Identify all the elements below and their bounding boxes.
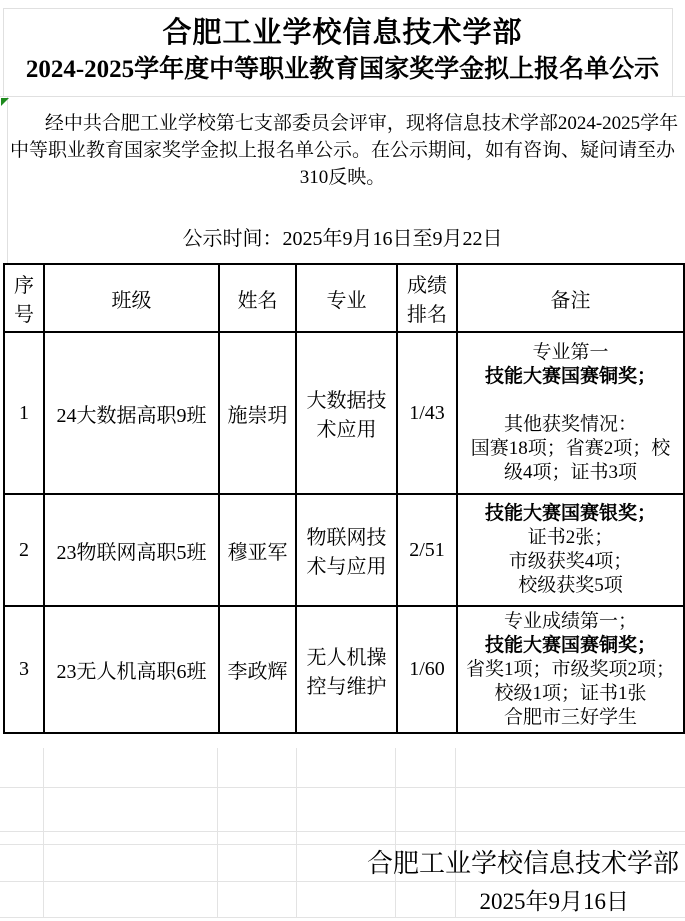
header-remarks: 备注 [457, 264, 684, 332]
header-major: 专业 [296, 264, 397, 332]
scholarship-table: 序号 班级 姓名 专业 成绩排名 备注 1 24大数据高职9班 施崇玥 大数据技… [3, 263, 685, 734]
class-cell: 24大数据高职9班 [44, 332, 219, 494]
table-header-row: 序号 班级 姓名 专业 成绩排名 备注 [4, 264, 684, 332]
publicity-period: 公示时间：2025年9月16日至9月22日 [4, 222, 681, 251]
name-cell: 李政辉 [219, 606, 296, 733]
remark-cell: 专业成绩第一； 技能大赛国赛铜奖； 省奖1项；市级奖项2项；校级1项；证书1张 … [457, 606, 684, 733]
footer-date: 2025年9月16日 [480, 888, 630, 916]
major-cell: 物联网技术与应用 [296, 494, 397, 606]
table-row: 2 23物联网高职5班 穆亚军 物联网技术与应用 2/51 技能大赛国赛银奖； … [4, 494, 684, 606]
rank-cell: 1/60 [397, 606, 457, 733]
header-name: 姓名 [219, 264, 296, 332]
remark-line: 技能大赛国赛银奖； [464, 502, 677, 526]
remark-line: 技能大赛国赛铜奖； [464, 634, 677, 658]
intro-section: 经中共合肥工业学校第七支部委员会评审，现将信息技术学部2024-2025学年中等… [4, 97, 681, 251]
serial-cell: 2 [4, 494, 44, 606]
header-class: 班级 [44, 264, 219, 332]
remark-line [464, 389, 677, 413]
header-rank: 成绩排名 [397, 264, 457, 332]
empty-row [0, 788, 685, 832]
empty-row [0, 832, 685, 845]
header-serial: 序号 [4, 264, 44, 332]
remark-cell: 技能大赛国赛银奖； 证书2张； 市级获奖4项； 校级获奖5项 [457, 494, 684, 606]
remark-cell: 专业第一 技能大赛国赛铜奖； 其他获奖情况： 国赛18项；省赛2项；校级4项；证… [457, 332, 684, 494]
remark-line: 专业第一 [464, 341, 677, 365]
remark-line: 省奖1项；市级奖项2项；校级1项；证书1张 [464, 658, 677, 706]
remark-line: 市级获奖4项； [464, 550, 677, 574]
footer-signature: 合肥工业学校信息技术学部 [367, 849, 679, 879]
name-cell: 穆亚军 [219, 494, 296, 606]
major-cell: 无人机操控与维护 [296, 606, 397, 733]
remark-line: 合肥市三好学生 [464, 706, 677, 730]
rank-cell: 1/43 [397, 332, 457, 494]
remark-line: 证书2张； [464, 526, 677, 550]
title-block: 合肥工业学校信息技术学部 2024-2025学年度中等职业教育国家奖学金拟上报名… [0, 8, 685, 86]
table-row: 3 23无人机高职6班 李政辉 无人机操控与维护 1/60 专业成绩第一； 技能… [4, 606, 684, 733]
spreadsheet-document: 合肥工业学校信息技术学部 2024-2025学年度中等职业教育国家奖学金拟上报名… [0, 0, 685, 921]
remark-line: 国赛18项；省赛2项；校级4项；证书3项 [464, 437, 677, 485]
remark-line: 专业成绩第一； [464, 610, 677, 634]
rank-cell: 2/51 [397, 494, 457, 606]
document-title: 合肥工业学校信息技术学部 [0, 13, 685, 53]
remark-line: 其他获奖情况： [464, 413, 677, 437]
document-subtitle: 2024-2025学年度中等职业教育国家奖学金拟上报名单公示 [0, 53, 685, 86]
class-cell: 23物联网高职5班 [44, 494, 219, 606]
class-cell: 23无人机高职6班 [44, 606, 219, 733]
name-cell: 施崇玥 [219, 332, 296, 494]
remark-line: 技能大赛国赛铜奖； [464, 365, 677, 389]
serial-cell: 3 [4, 606, 44, 733]
serial-cell: 1 [4, 332, 44, 494]
intro-paragraph: 经中共合肥工业学校第七支部委员会评审，现将信息技术学部2024-2025学年中等… [4, 97, 681, 191]
table-row: 1 24大数据高职9班 施崇玥 大数据技术应用 1/43 专业第一 技能大赛国赛… [4, 332, 684, 494]
remark-line: 校级获奖5项 [464, 574, 677, 598]
empty-row [0, 748, 685, 788]
major-cell: 大数据技术应用 [296, 332, 397, 494]
